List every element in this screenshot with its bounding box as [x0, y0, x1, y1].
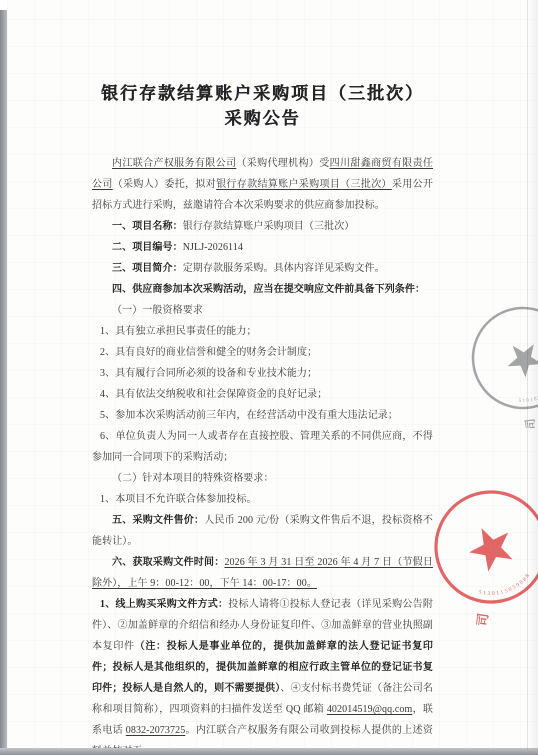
paragraph: 二、项目编号：NJLJ-2026114: [92, 237, 433, 258]
text-segment: （采购代理机构）受: [236, 158, 329, 169]
title-line-2: 采购公告: [92, 106, 433, 131]
text-segment: 一、项目名称：: [112, 221, 183, 232]
text-segment: 1、具有独立承担民事责任的能力；: [100, 326, 257, 337]
text-segment: 定期存款服务采购。具体内容详见采购文件。: [183, 263, 385, 274]
paragraph: 6、单位负责人为同一人或者存在直接控股、管理关系的不同供应商，不得参加同一合同项…: [92, 426, 433, 468]
paragraph: 一、项目名称：银行存款结算账户采购项目（三批次）: [92, 216, 433, 237]
text-segment: 2、具有良好的商业信誉和健全的财务会计制度；: [100, 347, 317, 358]
paragraph: 三、项目简介：定期存款服务采购。具体内容详见采购文件。: [92, 258, 433, 279]
text-segment: 三、项目简介：: [112, 263, 183, 274]
document-body: 内江联合产权服务有限公司（采购代理机构）受四川甜鑫商贸有限责任公司（采购人）委托…: [92, 153, 433, 755]
document-title: 银行存款结算账户采购项目（三批次） 采购公告: [92, 81, 433, 131]
paragraph: 1、本项目不允许联合体参加投标。: [92, 489, 433, 510]
text-segment: 402014519@qq.com: [327, 704, 413, 715]
text-segment: 六、获取采购文件时间：: [112, 557, 224, 568]
text-segment: （二）针对本项目的特殊资格要求：: [112, 473, 274, 484]
text-segment: 5、参加本次采购活动前三年内，在经营活动中没有重大违法记录；: [100, 410, 398, 421]
page-sheet: 银行存款结算账户采购项目（三批次） 采购公告 内江联合产权服务有限公司（采购代理…: [7, 0, 538, 749]
paragraph: 5、参加本次采购活动前三年内，在经营活动中没有重大违法记录；: [92, 405, 433, 426]
text-segment: 1、本项目不允许联合体参加投标。: [100, 494, 257, 505]
paragraph: 六、获取采购文件时间：2026 年 3 月 31 日至 2026 年 4 月 7…: [92, 552, 433, 594]
paragraph: 四、供应商参加本次采购活动，应当在提交响应文件前具备下列条件：: [92, 279, 433, 300]
paragraph: 3、具有履行合同所必须的设备和专业技术能力；: [92, 363, 433, 384]
scanned-document: 银行存款结算账户采购项目（三批次） 采购公告 内江联合产权服务有限公司（采购代理…: [0, 0, 538, 755]
text-segment: 4、具有依法交纳税收和社会保障资金的良好记录；: [100, 389, 327, 400]
paragraph: 1、具有独立承担民事责任的能力；: [92, 321, 433, 342]
paragraph: （二）针对本项目的特殊资格要求：: [92, 468, 433, 489]
text-segment: 银行存款结算账户采购项目（三批次）: [216, 179, 392, 190]
agency-seal-star-icon: [462, 518, 520, 575]
text-segment: 1、线上购买采购文件方式：: [100, 599, 228, 610]
document-content: 银行存款结算账户采购项目（三批次） 采购公告 内江联合产权服务有限公司（采购代理…: [92, 0, 433, 755]
paragraph: （一）一般资格要求: [92, 300, 433, 321]
text-segment: 五、采购文件售价：: [112, 515, 204, 526]
text-segment: 二、项目编号：: [112, 242, 183, 253]
text-segment: 四、供应商参加本次采购活动，应当在提交响应文件前具备下列条件：: [112, 284, 425, 295]
text-segment: 6、单位负责人为同一人或者存在直接控股、管理关系的不同供应商，不得参加同一合同项…: [92, 431, 433, 463]
scan-edge-left: [0, 10, 7, 749]
scan-edge-right: [527, 0, 538, 749]
scan-edge-bottom: [0, 748, 538, 755]
text-segment: （采购人）委托，拟对: [113, 179, 216, 190]
text-segment: 银行存款结算账户采购项目（三批次）: [183, 221, 355, 232]
text-segment: 3、具有履行合同所必须的设备和专业技术能力；: [100, 368, 317, 379]
paragraph: 内江联合产权服务有限公司（采购代理机构）受四川甜鑫商贸有限责任公司（采购人）委托…: [92, 153, 433, 216]
paragraph: 4、具有依法交纳税收和社会保障资金的良好记录；: [92, 384, 433, 405]
text-segment: （一）一般资格要求: [112, 305, 203, 316]
buyer-company-seal-stamp: 四川甜鑫商贸有限责任公司 5101078600310: [453, 288, 538, 428]
title-line-1: 银行存款结算账户采购项目（三批次）: [92, 81, 433, 106]
paragraph: 1、线上购买采购文件方式：投标人请将①投标人登记表（详见采购公告附件）、②加盖鲜…: [92, 594, 433, 755]
text-segment: 0832-2073725: [126, 725, 186, 736]
paragraph: 2、具有良好的商业信誉和健全的财务会计制度；: [92, 342, 433, 363]
text-segment: NJLJ-2026114: [183, 242, 243, 253]
text-segment: 内江联合产权服务有限公司: [112, 158, 236, 169]
paragraph: 五、采购文件售价：人民币 200 元/份（采购文件售后不退，投标资格不能转让）。: [92, 510, 433, 552]
